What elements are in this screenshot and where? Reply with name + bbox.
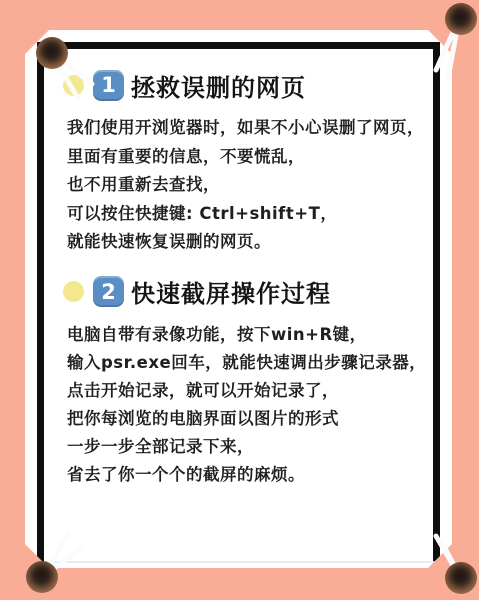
poster-canvas: 1 拯救误删的网页 我们使用开浏览器时，如果不小心误删了网页， 里面有重要的信息… — [0, 0, 479, 600]
section-1-body: 我们使用开浏览器时，如果不小心误删了网页， 里面有重要的信息，不要慌乱， 也不用… — [67, 114, 438, 257]
body-line: 也不用重新去查找， — [67, 171, 438, 200]
pinned-card: 1 拯救误删的网页 我们使用开浏览器时，如果不小心误删了网页， 里面有重要的信息… — [25, 30, 452, 568]
body-line: 电脑自带有录像功能，按下win+R键， — [67, 321, 438, 349]
yellow-dot-icon — [63, 281, 84, 302]
body-line: 省去了你一个个的截屏的麻烦。 — [67, 461, 438, 489]
grommet-pin-icon — [445, 562, 477, 594]
grommet-pin-icon — [445, 3, 477, 35]
section-1-header: 1 拯救误删的网页 — [63, 68, 438, 102]
section-2: 2 快速截屏操作过程 电脑自带有录像功能，按下win+R键， 输入psr.exe… — [63, 275, 438, 489]
number-badge: 1 — [93, 70, 124, 101]
card-content: 1 拯救误删的网页 我们使用开浏览器时，如果不小心误删了网页， 里面有重要的信息… — [25, 30, 452, 489]
section-2-header: 2 快速截屏操作过程 — [63, 275, 438, 309]
body-line: 一步一步全部记录下来， — [67, 433, 438, 461]
number-badge: 2 — [93, 276, 124, 307]
body-line: 输入psr.exe回车，就能快速调出步骤记录器， — [67, 349, 438, 377]
section-title: 拯救误删的网页 — [131, 68, 306, 103]
grommet-pin-icon — [36, 37, 68, 69]
body-line: 可以按住快捷键: Ctrl+shift+T， — [67, 200, 438, 229]
body-line: 把你每浏览的电脑界面以图片的形式 — [67, 405, 438, 433]
body-line: 我们使用开浏览器时，如果不小心误删了网页， — [67, 114, 438, 143]
section-2-body: 电脑自带有录像功能，按下win+R键， 输入psr.exe回车，就能快速调出步骤… — [67, 321, 438, 489]
body-line: 里面有重要的信息，不要慌乱， — [67, 143, 438, 172]
body-line: 就能快速恢复误删的网页。 — [67, 228, 438, 257]
section-1: 1 拯救误删的网页 我们使用开浏览器时，如果不小心误删了网页， 里面有重要的信息… — [63, 68, 438, 257]
yellow-dot-icon — [63, 75, 84, 96]
body-line: 点击开始记录，就可以开始记录了， — [67, 377, 438, 405]
grommet-pin-icon — [26, 561, 58, 593]
section-title: 快速截屏操作过程 — [131, 274, 331, 309]
